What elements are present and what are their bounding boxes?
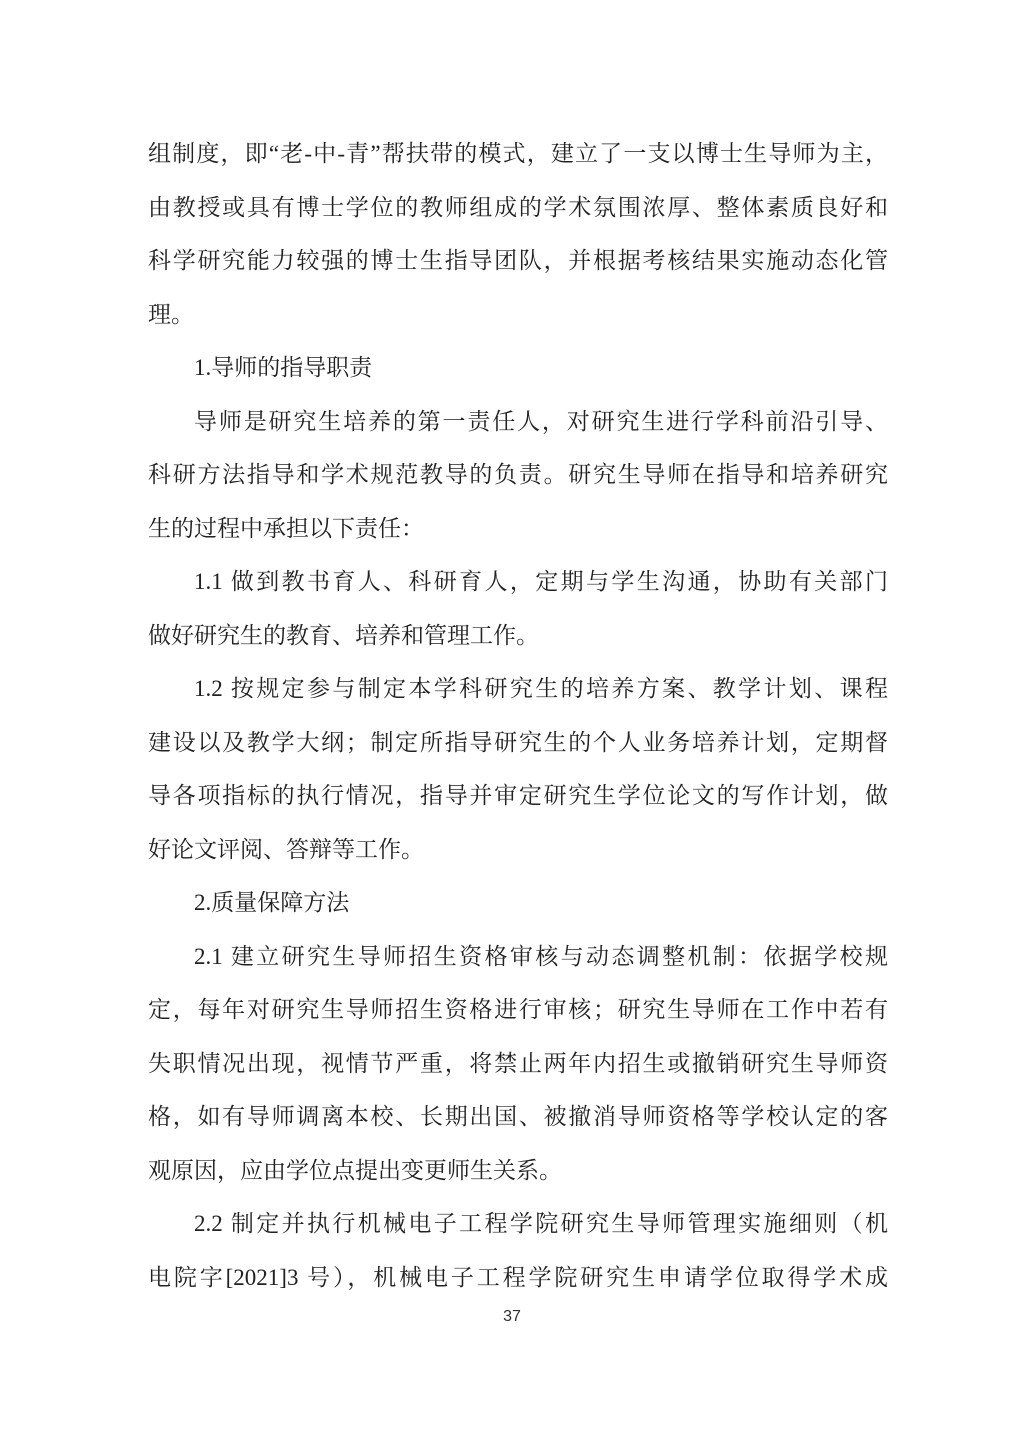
text-line: 理。 — [148, 288, 888, 342]
text-line: 2.2 制定并执行机械电子工程学院研究生导师管理实施细则（机 — [148, 1197, 888, 1251]
text-line: 做好研究生的教育、培养和管理工作。 — [148, 609, 888, 663]
text-line: 电院字[2021]3 号），机械电子工程学院研究生申请学位取得学术成 — [148, 1251, 888, 1305]
text-line: 1.1 做到教书育人、科研育人，定期与学生沟通，协助有关部门 — [148, 555, 888, 609]
text-line: 导各项指标的执行情况，指导并审定研究生学位论文的写作计划，做 — [148, 769, 888, 823]
text-line: 失职情况出现，视情节严重，将禁止两年内招生或撤销研究生导师资 — [148, 1037, 888, 1091]
paragraph-continuation: 组制度，即“老-中-青”帮扶带的模式，建立了一支以博士生导师为主， 由教授或具有… — [148, 127, 888, 341]
text-line: 格，如有导师调离本校、长期出国、被撤消导师资格等学校认定的客 — [148, 1090, 888, 1144]
document-page: 组制度，即“老-中-青”帮扶带的模式，建立了一支以博士生导师为主， 由教授或具有… — [0, 0, 1024, 1448]
paragraph-1-1: 1.1 做到教书育人、科研育人，定期与学生沟通，协助有关部门 做好研究生的教育、… — [148, 555, 888, 662]
text-line: 导师是研究生培养的第一责任人，对研究生进行学科前沿引导、 — [148, 395, 888, 449]
page-number: 37 — [0, 1305, 1024, 1329]
text-line: 科研方法指导和学术规范教导的负责。研究生导师在指导和培养研究 — [148, 448, 888, 502]
text-line: 生的过程中承担以下责任： — [148, 502, 888, 556]
text-line: 科学研究能力较强的博士生指导团队，并根据考核结果实施动态化管 — [148, 234, 888, 288]
text-line: 好论文评阅、答辩等工作。 — [148, 823, 888, 877]
text-line: 1.2 按规定参与制定本学科研究生的培养方案、教学计划、课程 — [148, 662, 888, 716]
document-body: 组制度，即“老-中-青”帮扶带的模式，建立了一支以博士生导师为主， 由教授或具有… — [148, 127, 888, 1304]
text-line: 建设以及教学大纲；制定所指导研究生的个人业务培养计划，定期督 — [148, 716, 888, 770]
paragraph-supervisor-intro: 导师是研究生培养的第一责任人，对研究生进行学科前沿引导、 科研方法指导和学术规范… — [148, 395, 888, 556]
heading-line: 1.导师的指导职责 — [148, 341, 888, 395]
paragraph-2-1: 2.1 建立研究生导师招生资格审核与动态调整机制：依据学校规 定，每年对研究生导… — [148, 930, 888, 1198]
paragraph-1-2: 1.2 按规定参与制定本学科研究生的培养方案、教学计划、课程 建设以及教学大纲；… — [148, 662, 888, 876]
section-heading-1: 1.导师的指导职责 — [148, 341, 888, 395]
text-line: 组制度，即“老-中-青”帮扶带的模式，建立了一支以博士生导师为主， — [148, 127, 888, 181]
text-line: 观原因，应由学位点提出变更师生关系。 — [148, 1144, 888, 1198]
paragraph-2-2: 2.2 制定并执行机械电子工程学院研究生导师管理实施细则（机 电院字[2021]… — [148, 1197, 888, 1304]
text-line: 2.1 建立研究生导师招生资格审核与动态调整机制：依据学校规 — [148, 930, 888, 984]
heading-line: 2.质量保障方法 — [148, 876, 888, 930]
section-heading-2: 2.质量保障方法 — [148, 876, 888, 930]
text-line: 由教授或具有博士学位的教师组成的学术氛围浓厚、整体素质良好和 — [148, 181, 888, 235]
text-line: 定，每年对研究生导师招生资格进行审核；研究生导师在工作中若有 — [148, 983, 888, 1037]
